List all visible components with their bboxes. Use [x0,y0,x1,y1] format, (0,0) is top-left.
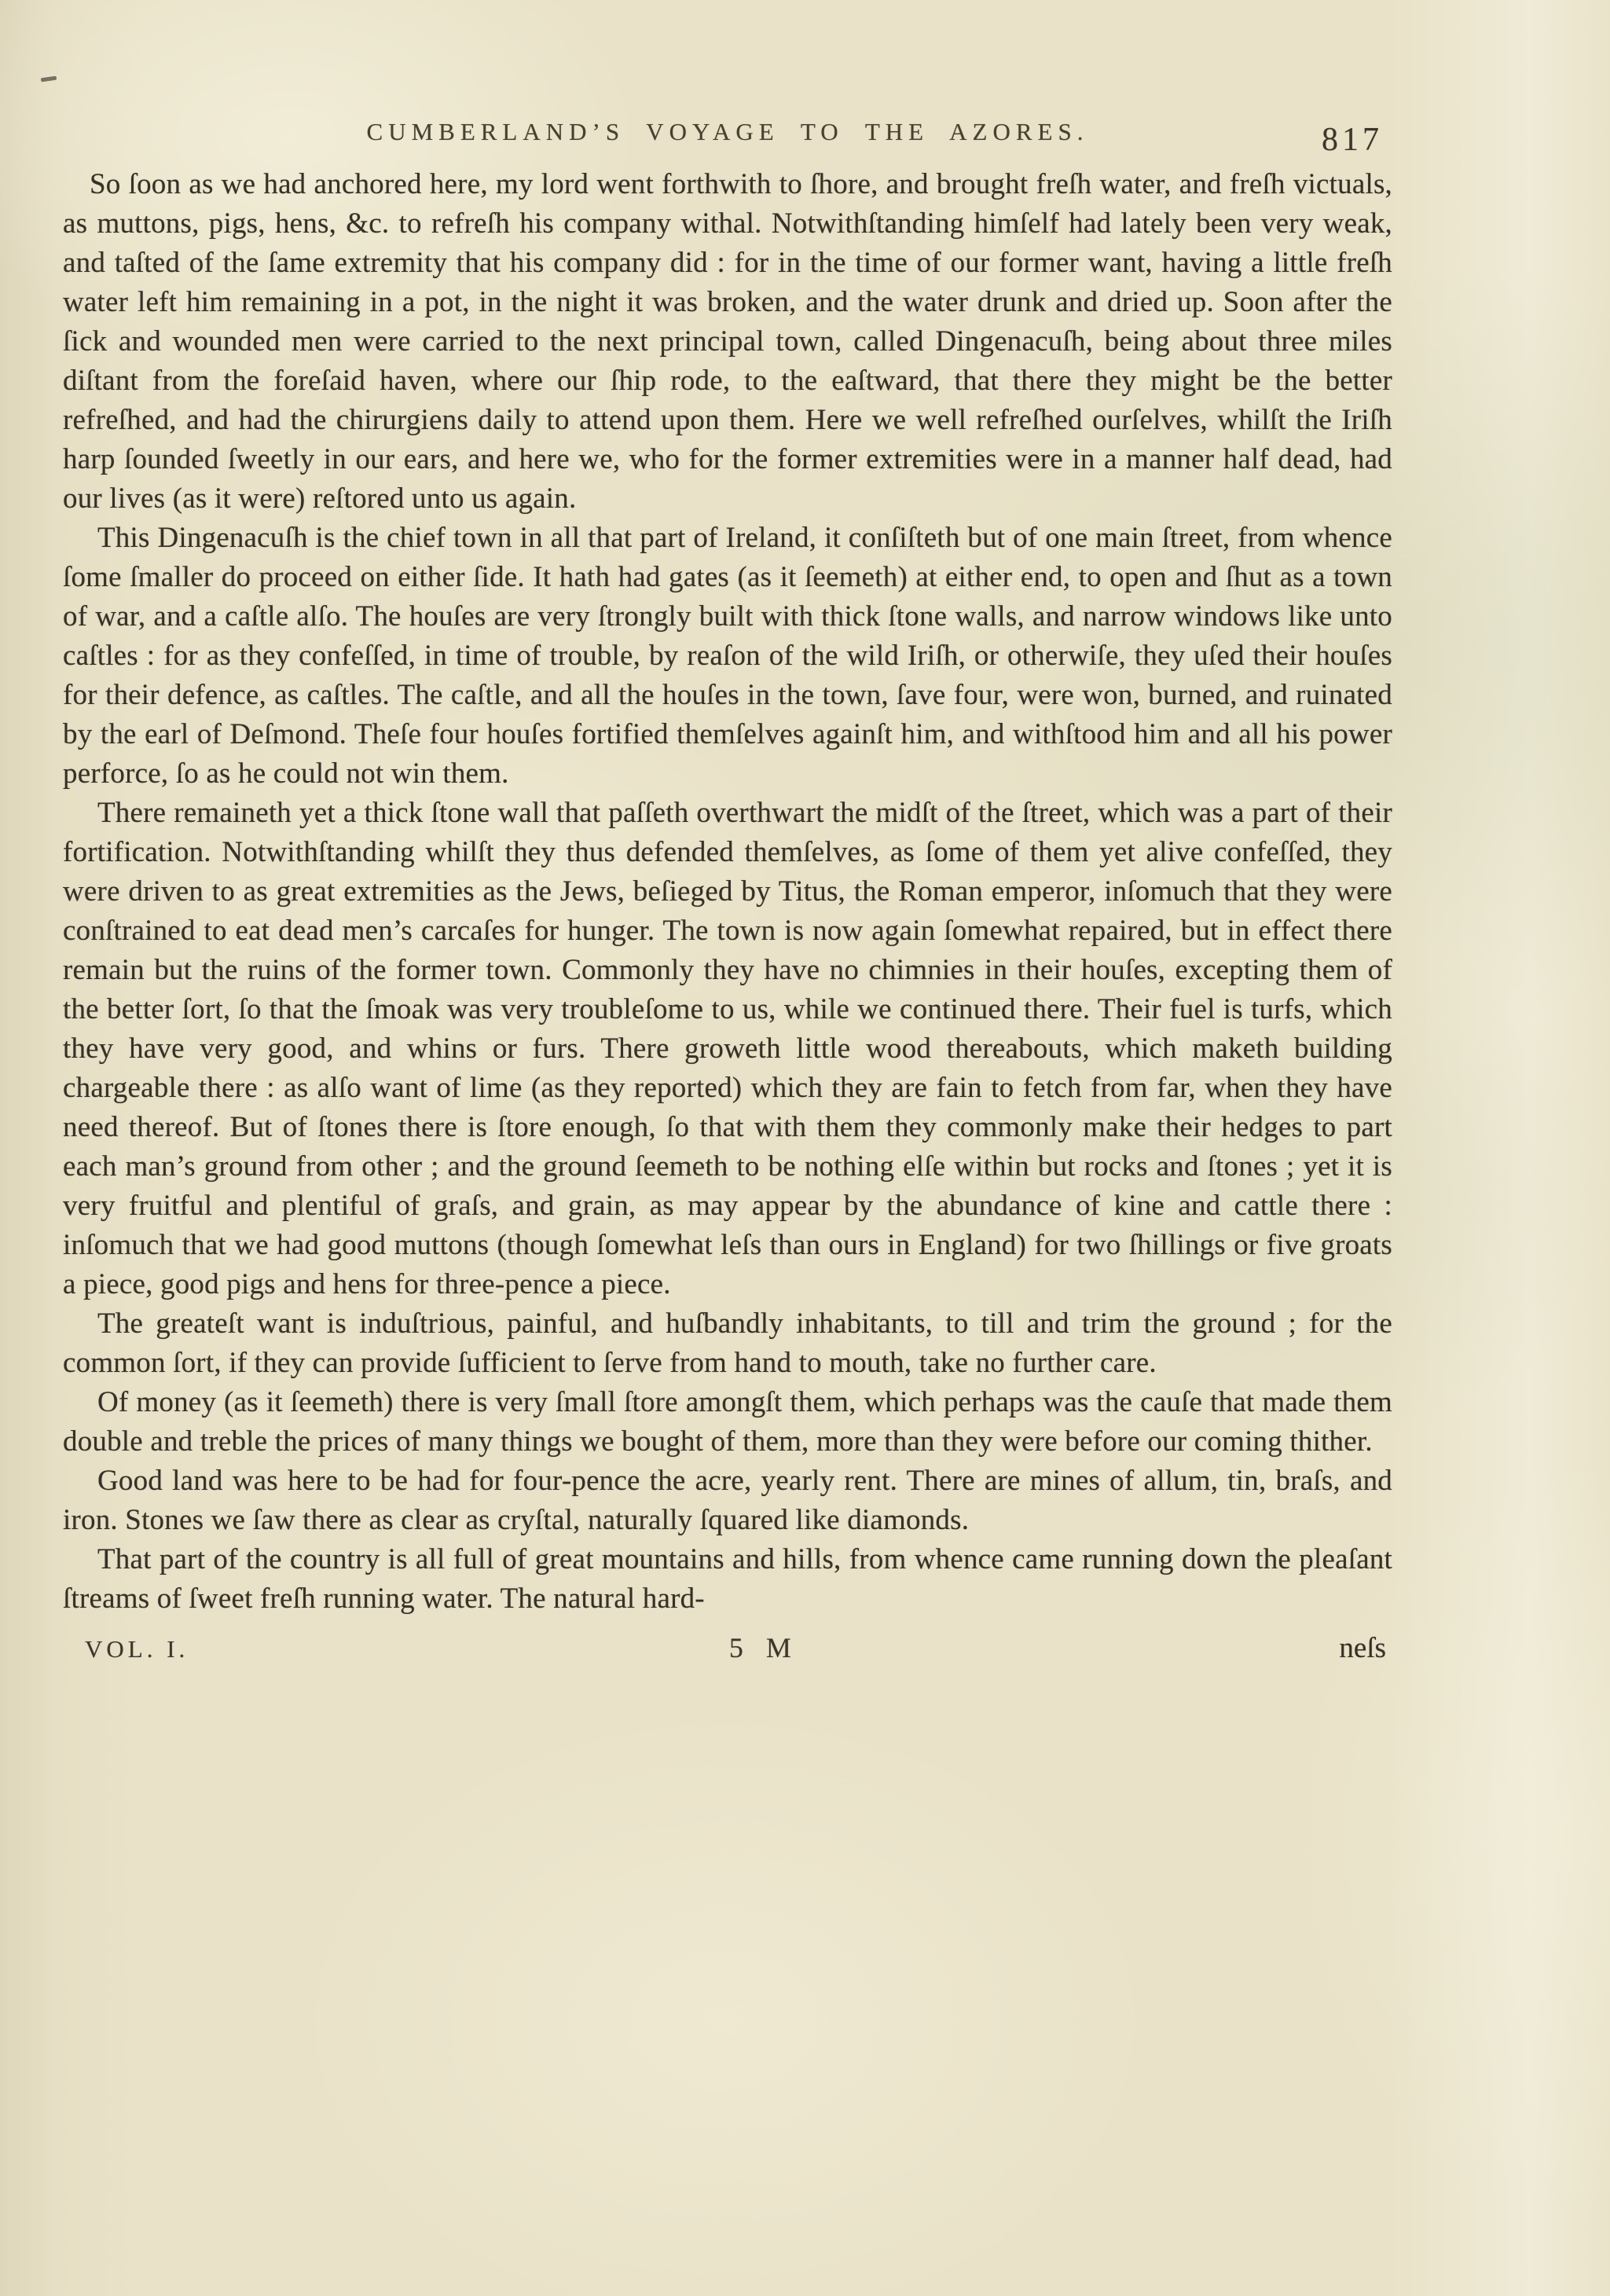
body-text: So ſoon as we had anchored here, my lord… [63,165,1392,1619]
paragraph-7: That part of the country is all full of … [63,1540,1392,1619]
paragraph-6: Good land was here to be had for four-pe… [63,1462,1392,1540]
paragraph-2: This Dingenacuſh is the chief town in al… [63,519,1392,794]
ink-speck [41,76,57,83]
page-header: CUMBERLAND’S VOYAGE TO THE AZORES. 817 [63,118,1392,165]
paragraph-5: Of money (as it ſeemeth) there is very ſ… [63,1383,1392,1462]
catchword: neſs [1339,1631,1392,1665]
volume-label: VOL. I. [63,1635,189,1663]
paragraph-3: There remaineth yet a thick ſtone wall t… [63,794,1392,1304]
paragraph-1: So ſoon as we had anchored here, my lord… [63,165,1392,519]
paragraph-4: The greateſt want is induſtrious, painfu… [63,1304,1392,1383]
book-page: CUMBERLAND’S VOYAGE TO THE AZORES. 817 S… [0,0,1610,2296]
running-head: CUMBERLAND’S VOYAGE TO THE AZORES. [63,118,1392,146]
signature-mark: 5 M [729,1631,799,1664]
page-footer: VOL. I. 5 M neſs [63,1631,1392,1665]
page-number: 817 [1322,121,1383,159]
page-body-column: So ſoon as we had anchored here, my lord… [63,165,1392,1665]
